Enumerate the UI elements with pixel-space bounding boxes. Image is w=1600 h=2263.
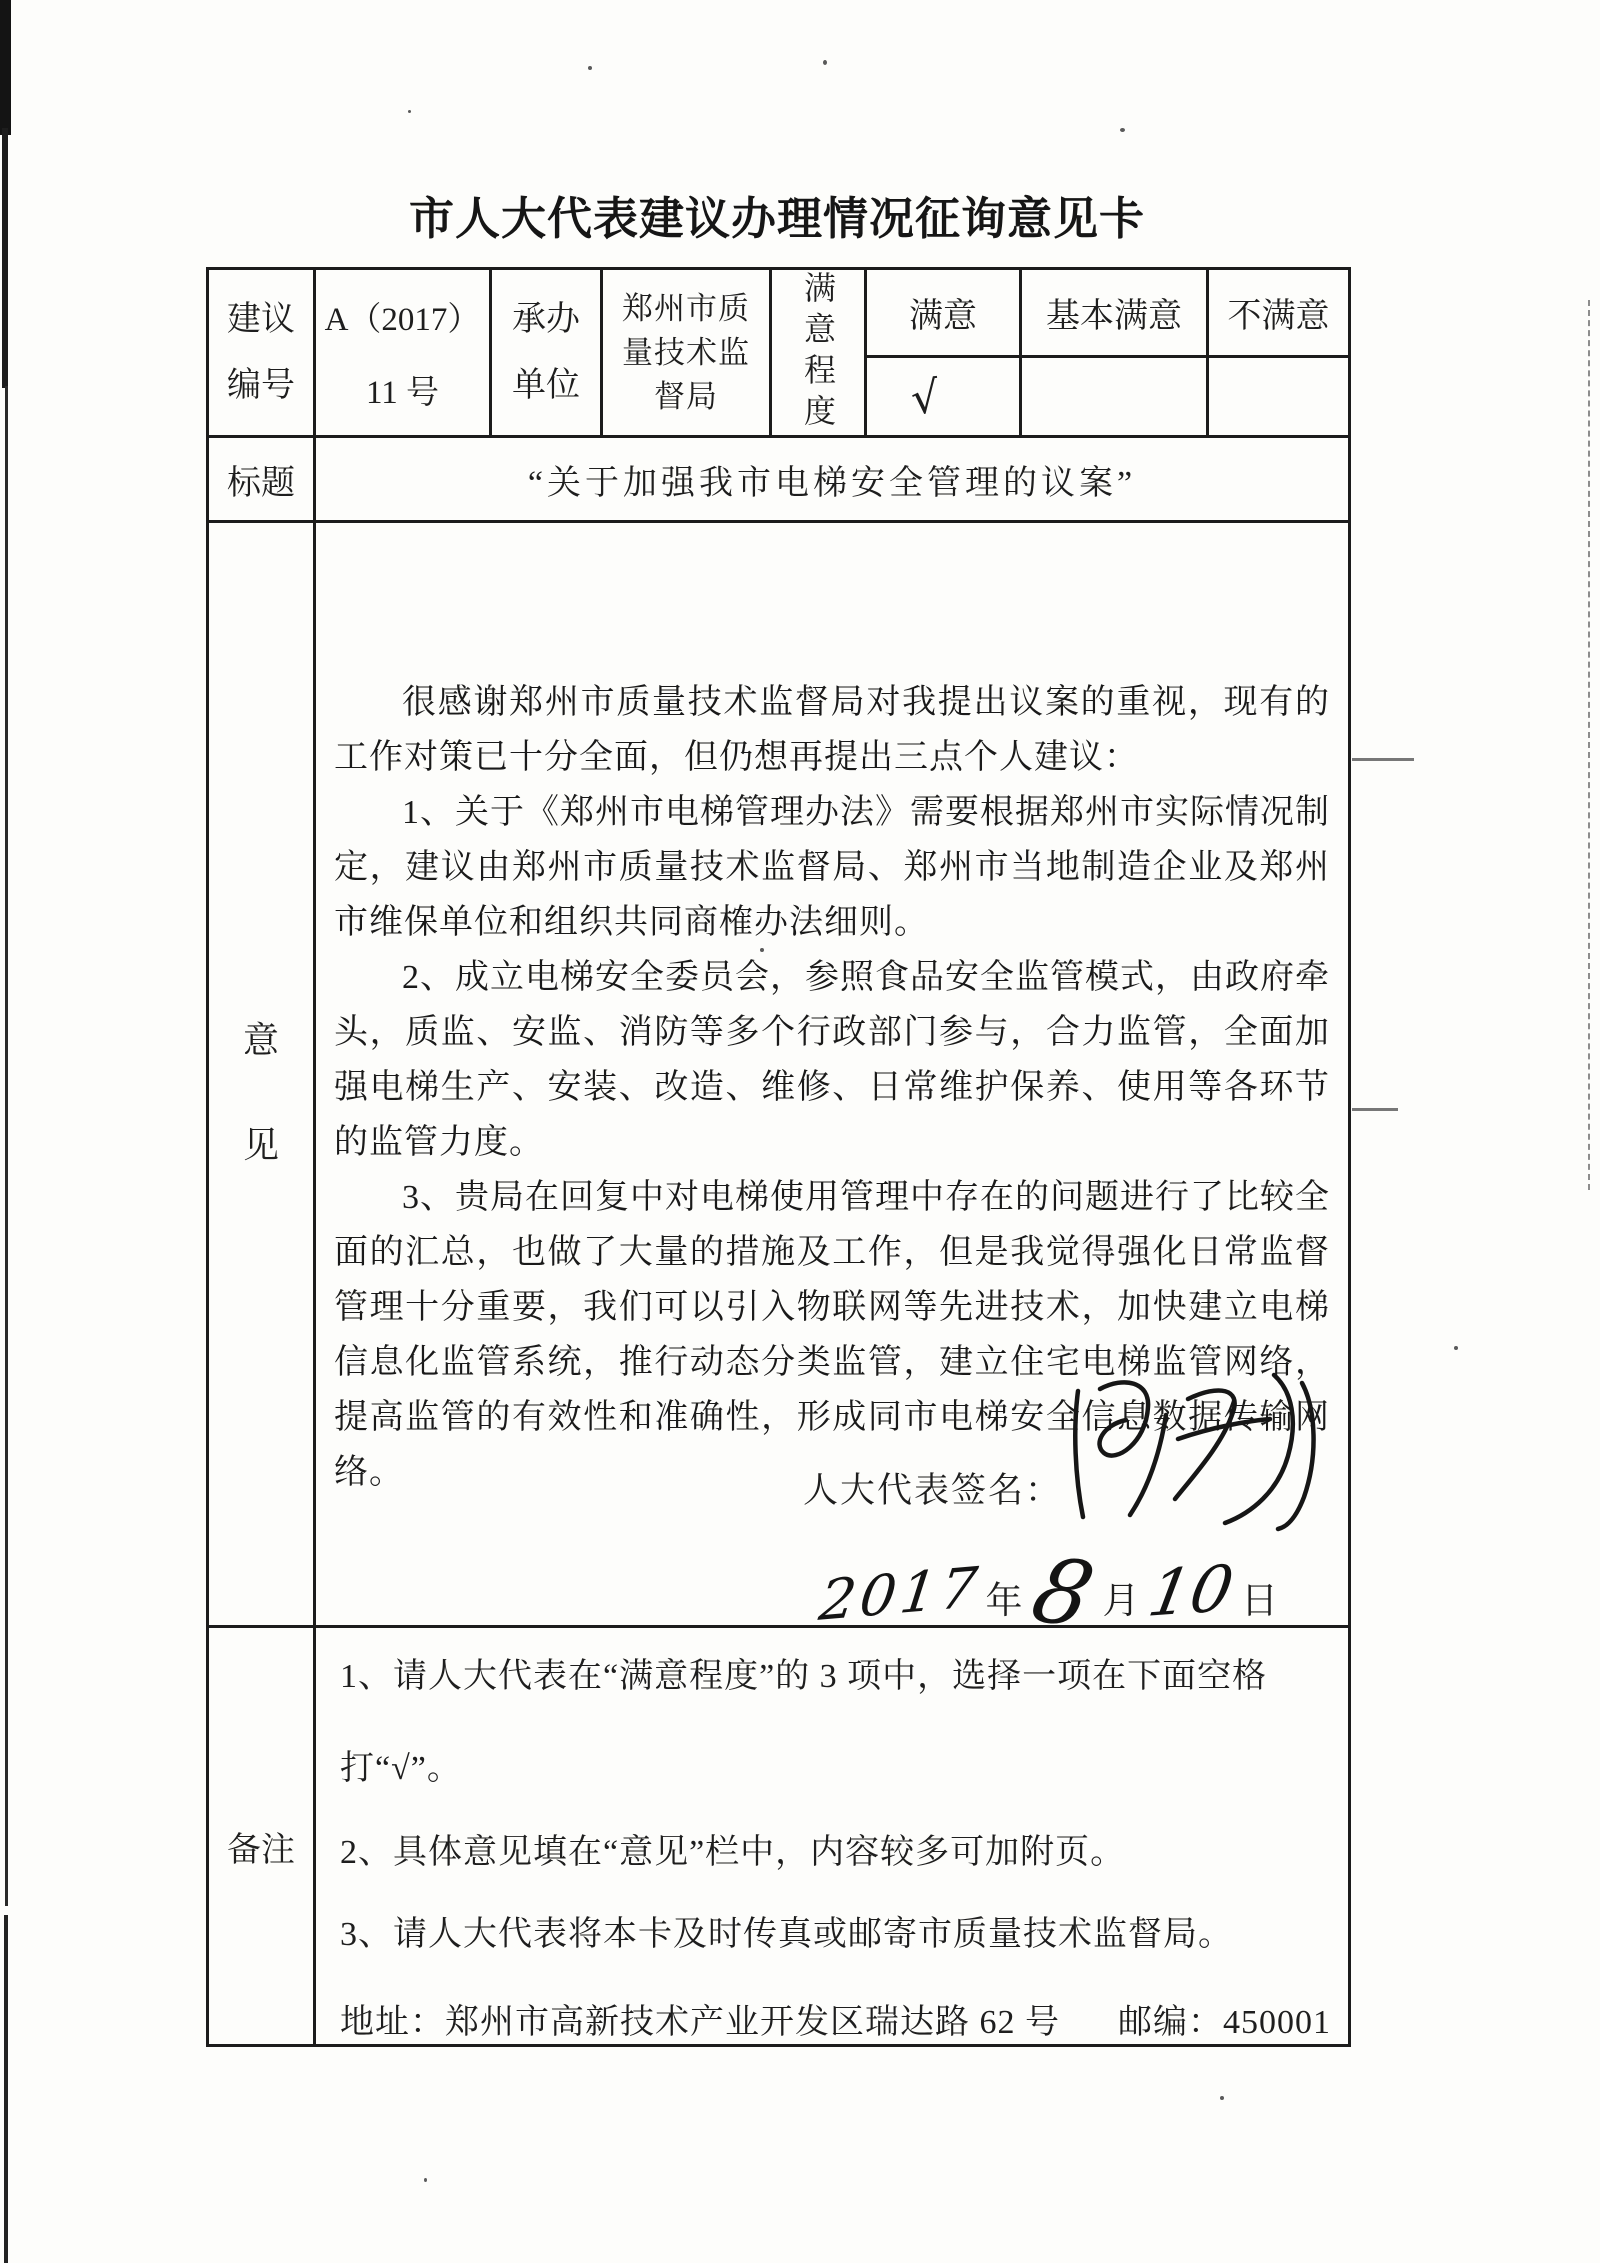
undertaking-unit-label-line2: 单位	[512, 369, 580, 403]
satisfaction-option-unsatisfied: 不满意	[1208, 269, 1350, 357]
page-title: 市人大代表建议办理情况征询意见卡	[206, 182, 1348, 247]
remark-note-1: 1、请人大代表在“满意程度”的 3 项中，选择一项在下面空格	[340, 1656, 1334, 1698]
scan-dash-artifact	[1352, 1108, 1398, 1111]
opinion-label-char1: 意	[243, 1012, 279, 1063]
opinion-paragraph: 很感谢郑州市质量技术监督局对我提出议案的重视，现有的工作对策已十分全面，但仍想再…	[334, 675, 1330, 785]
suggestion-number-value-cell: A（2017） 11 号	[315, 269, 491, 437]
satisfaction-degree-label: 满意程度	[802, 271, 834, 435]
scan-speck	[408, 110, 411, 113]
undertaking-unit-label-cell: 承办 单位	[491, 269, 602, 437]
opinion-label-cell: 意 见	[208, 522, 315, 1627]
signature-date: 2017 年 8 月 10 日	[821, 1531, 1284, 1634]
address-value: 郑州市高新技术产业开发区瑞达路 62 号	[445, 2002, 1060, 2044]
postcode-label: 邮编：	[1118, 2002, 1223, 2044]
undertaking-unit-value-cell: 郑州市质量技术监督局	[602, 269, 771, 437]
basically-satisfied-mark-cell	[1021, 357, 1208, 437]
scan-edge-artifact	[5, 386, 8, 1906]
date-month-handwritten: 8	[1022, 1538, 1104, 1647]
title-row-label-cell: 标题	[208, 437, 315, 522]
address-label: 地址：	[340, 2002, 445, 2044]
scan-speck	[424, 2178, 427, 2182]
date-day-unit: 日	[1241, 1570, 1278, 1624]
opinion-paragraph: 2、成立电梯安全委员会，参照食品安全监管模式，由政府牵头，质监、安监、消防等多个…	[334, 950, 1330, 1170]
date-year-handwritten: 2017	[816, 1555, 985, 1634]
scan-edge-artifact	[4, 1915, 8, 2263]
undertaking-unit-name: 郑州市质量技术监督局	[618, 287, 754, 419]
scan-speck	[1120, 128, 1125, 132]
satisfaction-option-satisfied: 满意	[866, 269, 1021, 357]
satisfaction-option-basically-satisfied: 基本满意	[1021, 269, 1208, 357]
scanned-document-page: 市人大代表建议办理情况征询意见卡 建议 编号 A（2017） 11 号	[0, 0, 1600, 2263]
opinion-content-cell: 很感谢郑州市质量技术监督局对我提出议案的重视，现有的工作对策已十分全面，但仍想再…	[315, 522, 1350, 1627]
remarks-content-cell: 1、请人大代表在“满意程度”的 3 项中，选择一项在下面空格 打“√”。 2、具…	[315, 1627, 1350, 2046]
postcode-value: 450001	[1223, 2002, 1331, 2044]
remark-note-1-continuation: 打“√”。	[340, 1748, 1334, 1790]
remark-note-3: 3、请人大代表将本卡及时传真或邮寄市质量技术监督局。	[340, 1914, 1334, 1956]
date-month-unit: 月	[1103, 1570, 1140, 1624]
suggestion-number-label-line1: 建议	[227, 303, 295, 337]
satisfaction-degree-label-cell: 满意程度	[771, 269, 866, 437]
representative-signature	[1062, 1363, 1334, 1535]
suggestion-number-value-line2: 11 号	[366, 366, 439, 413]
scan-speck	[1220, 2096, 1224, 2100]
suggestion-title-value: “关于加强我市电梯安全管理的议案”	[315, 437, 1350, 522]
signature-row: 人大代表签名：	[803, 1441, 1334, 1535]
scan-dash-artifact	[1352, 758, 1414, 761]
remarks-label-cell: 备注	[208, 1627, 315, 2046]
suggestion-number-label-cell: 建议 编号	[208, 269, 315, 437]
address-row: 地址： 郑州市高新技术产业开发区瑞达路 62 号 邮编： 450001	[340, 2002, 1334, 2044]
date-year-unit: 年	[986, 1570, 1023, 1624]
suggestion-number-label-line2: 编号	[227, 369, 295, 403]
opinion-paragraph: 1、关于《郑州市电梯管理办法》需要根据郑州市实际情况制定，建议由郑州市质量技术监…	[334, 785, 1330, 950]
scan-speck	[823, 60, 827, 65]
undertaking-unit-label-line1: 承办	[512, 303, 580, 337]
satisfied-mark-cell: √	[866, 357, 1021, 437]
suggestion-number-value-line1: A（2017）	[325, 293, 481, 340]
scan-speck	[1454, 1346, 1458, 1350]
signature-label: 人大代表签名：	[803, 1463, 1062, 1513]
opinion-label-char2: 见	[243, 1117, 279, 1168]
remark-note-2: 2、具体意见填在“意见”栏中，内容较多可加附页。	[340, 1832, 1334, 1874]
scan-edge-artifact	[1588, 300, 1590, 1190]
feedback-form-table: 建议 编号 A（2017） 11 号 承办 单位 郑州市质量技术监督局	[206, 267, 1351, 2047]
date-day-handwritten: 10	[1142, 1552, 1238, 1632]
unsatisfied-mark-cell	[1208, 357, 1350, 437]
scan-edge-artifact	[2, 128, 8, 388]
scan-edge-artifact	[0, 0, 11, 135]
check-mark: √	[908, 372, 941, 426]
scan-speck	[588, 66, 592, 70]
